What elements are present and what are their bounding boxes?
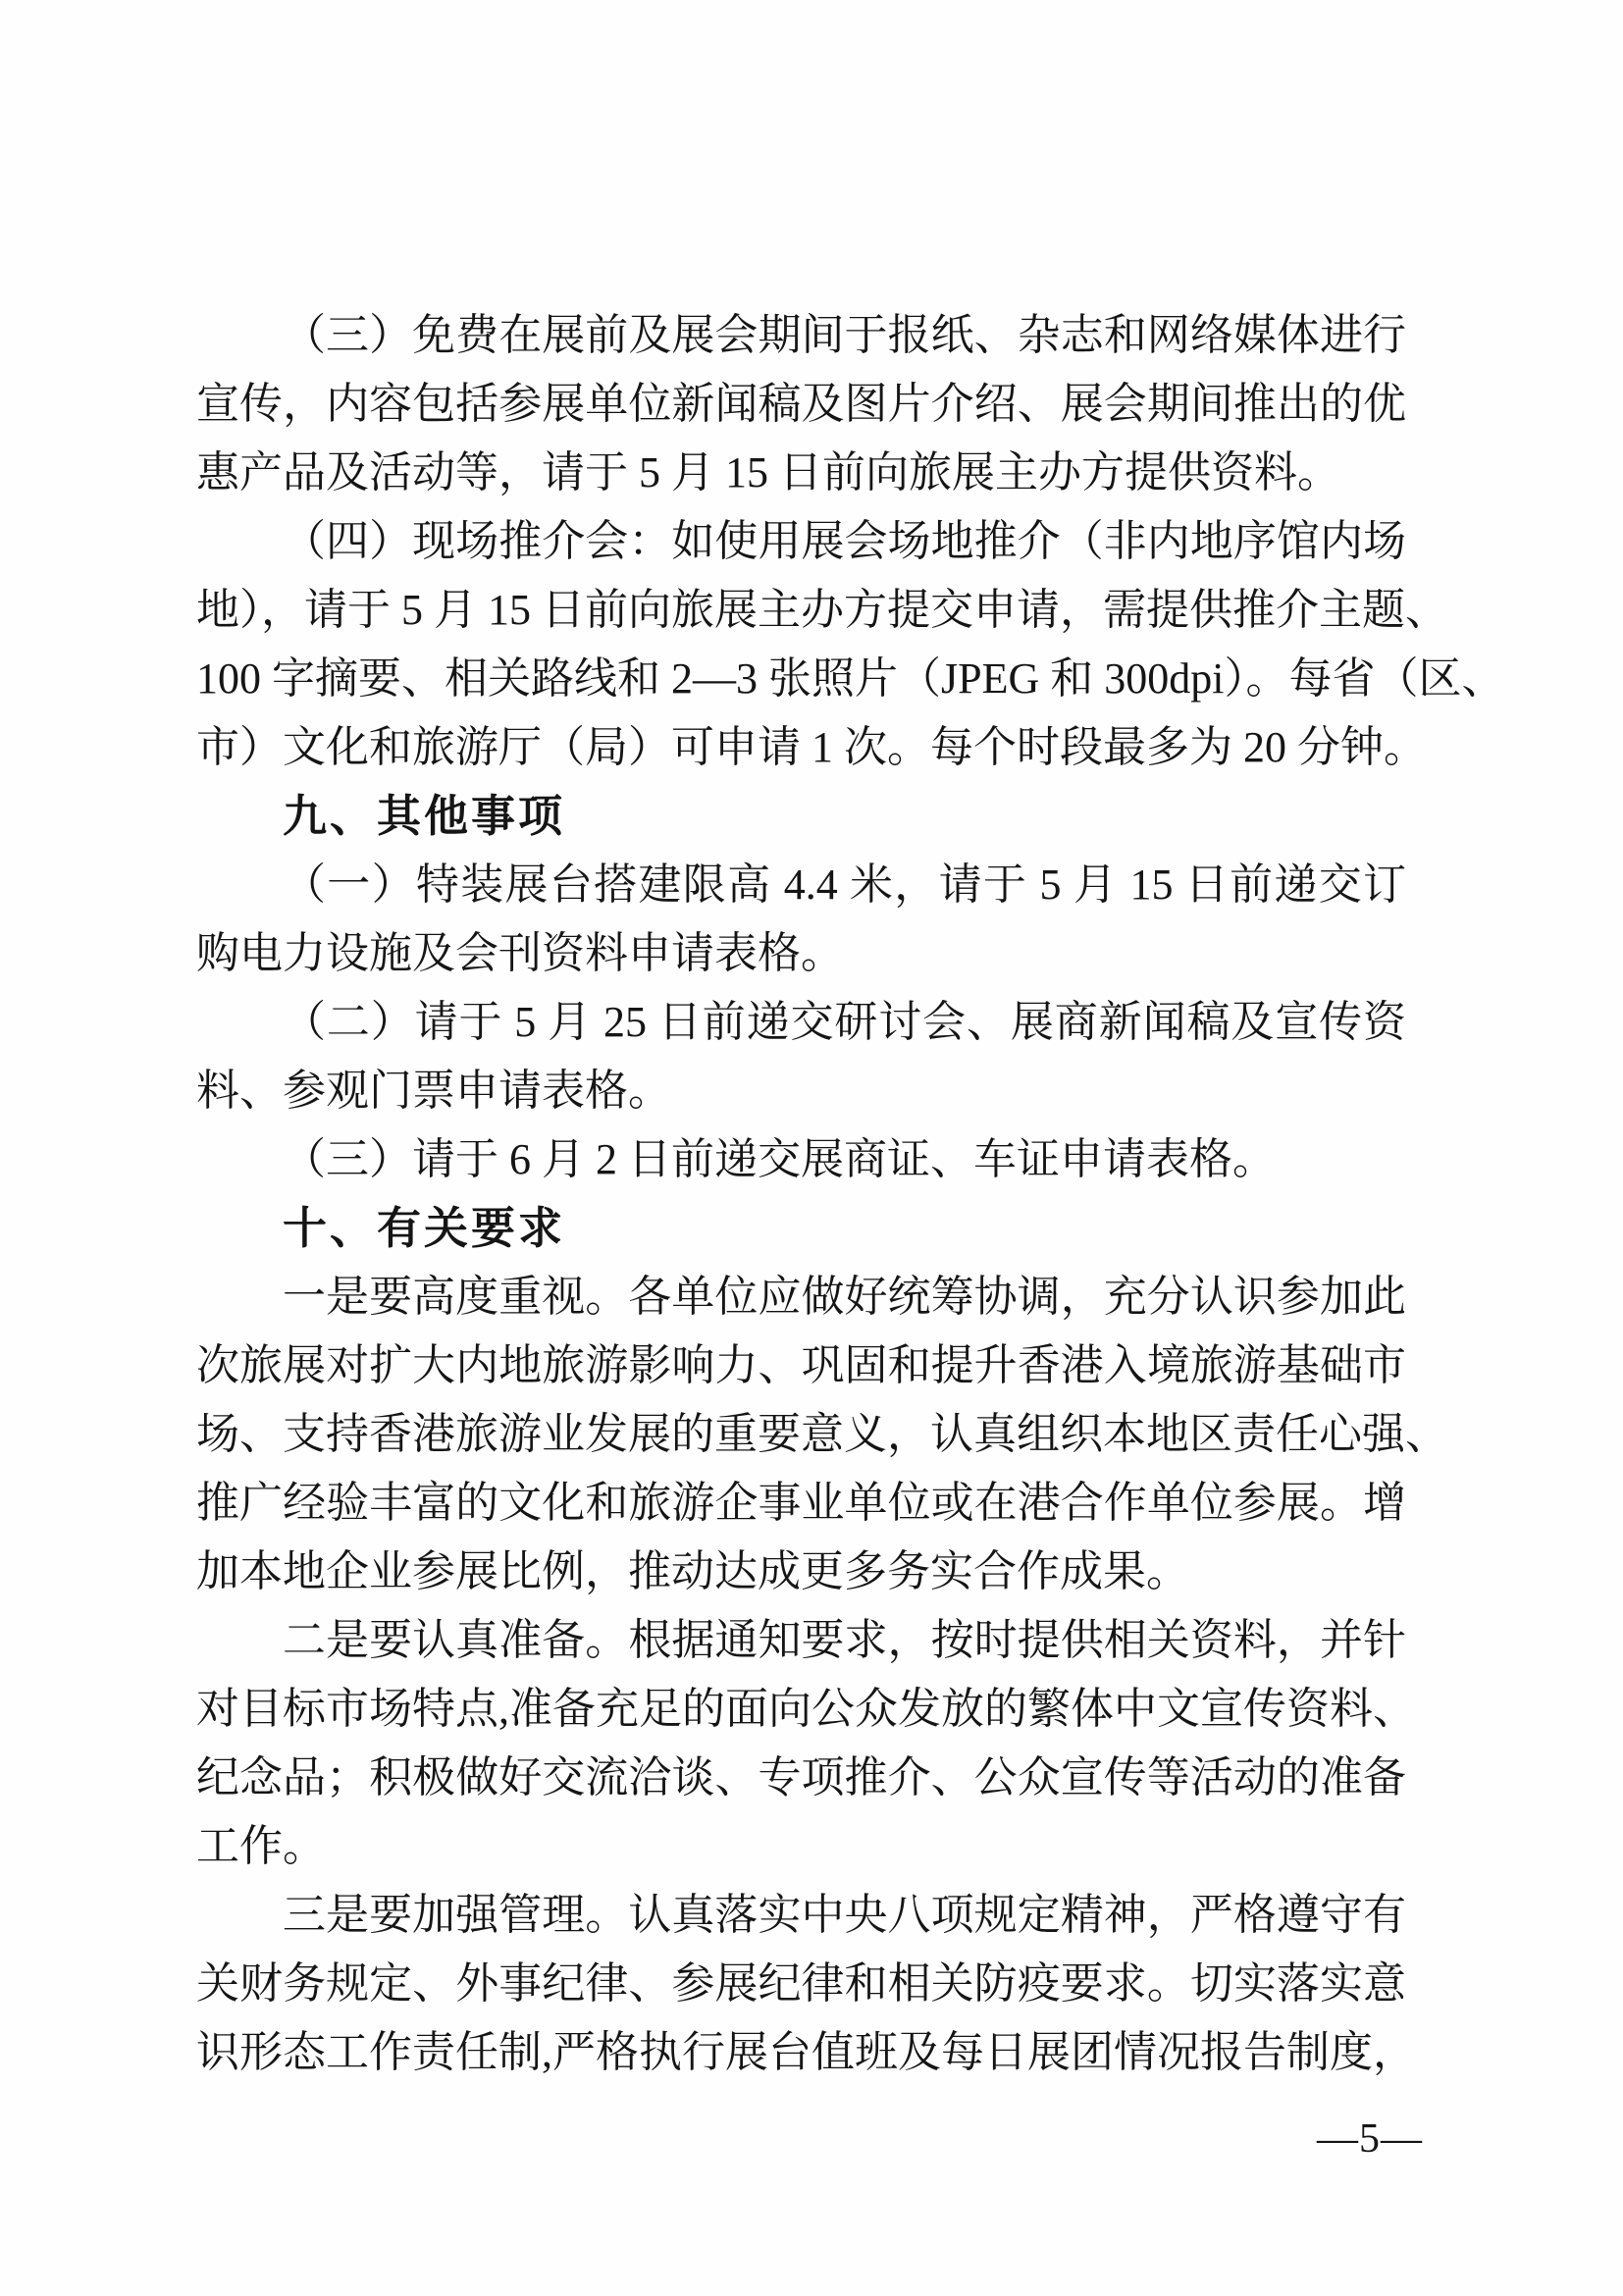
text-line: 购电力设施及会刊资料申请表格。 — [196, 919, 1406, 988]
text-line: 二是要认真准备。根据通知要求，按时提供相关资料，并针 — [196, 1606, 1406, 1675]
text-line: 关财务规定、外事纪律、参展纪律和相关防疫要求。切实落实意 — [196, 1950, 1406, 2018]
section-heading: 十、有关要求 — [196, 1194, 1406, 1263]
text-line: 场、支持香港旅游业发展的重要意义，认真组织本地区责任心强、 — [196, 1400, 1406, 1469]
text-line: 宣传，内容包括参展单位新闻稿及图片介绍、展会期间推出的优 — [196, 370, 1406, 439]
text-line: （一）特装展台搭建限高 4.4 米，请于 5 月 15 日前递交订 — [196, 851, 1406, 919]
text-line: 100 字摘要、相关路线和 2—3 张照片（JPEG 和 300dpi）。每省（… — [196, 645, 1406, 713]
text-line: （四）现场推介会：如使用展会场地推介（非内地序馆内场 — [196, 507, 1406, 576]
text-line: 加本地企业参展比例，推动达成更多务实合作成果。 — [196, 1538, 1406, 1606]
text-line: 地），请于 5 月 15 日前向旅展主办方提交申请，需提供推介主题、 — [196, 576, 1406, 645]
text-line: （三）请于 6 月 2 日前递交展商证、车证申请表格。 — [196, 1125, 1406, 1194]
text-line: 对目标市场特点,准备充足的面向公众发放的繁体中文宣传资料、 — [196, 1675, 1406, 1744]
document-body: （三）免费在展前及展会期间于报纸、杂志和网络媒体进行宣传，内容包括参展单位新闻稿… — [196, 301, 1406, 2087]
text-line: 三是要加强管理。认真落实中央八项规定精神，严格遵守有 — [196, 1881, 1406, 1950]
text-line: 次旅展对扩大内地旅游影响力、巩固和提升香港入境旅游基础市 — [196, 1331, 1406, 1400]
text-line: 纪念品；积极做好交流洽谈、专项推介、公众宣传等活动的准备 — [196, 1744, 1406, 1812]
text-line: 料、参观门票申请表格。 — [196, 1057, 1406, 1125]
text-line: 一是要高度重视。各单位应做好统筹协调，充分认识参加此 — [196, 1263, 1406, 1331]
text-line: （三）免费在展前及展会期间于报纸、杂志和网络媒体进行 — [196, 301, 1406, 370]
text-line: 推广经验丰富的文化和旅游企事业单位或在港合作单位参展。增 — [196, 1469, 1406, 1538]
document-page: （三）免费在展前及展会期间于报纸、杂志和网络媒体进行宣传，内容包括参展单位新闻稿… — [0, 0, 1623, 2296]
text-line: 工作。 — [196, 1812, 1406, 1881]
section-heading: 九、其他事项 — [196, 782, 1406, 851]
text-line: 识形态工作责任制,严格执行展台值班及每日展团情况报告制度， — [196, 2018, 1406, 2087]
page-number: —5— — [1317, 2115, 1423, 2163]
text-line: （二）请于 5 月 25 日前递交研讨会、展商新闻稿及宣传资 — [196, 988, 1406, 1057]
text-line: 惠产品及活动等，请于 5 月 15 日前向旅展主办方提供资料。 — [196, 439, 1406, 507]
text-line: 市）文化和旅游厅（局）可申请 1 次。每个时段最多为 20 分钟。 — [196, 713, 1406, 782]
